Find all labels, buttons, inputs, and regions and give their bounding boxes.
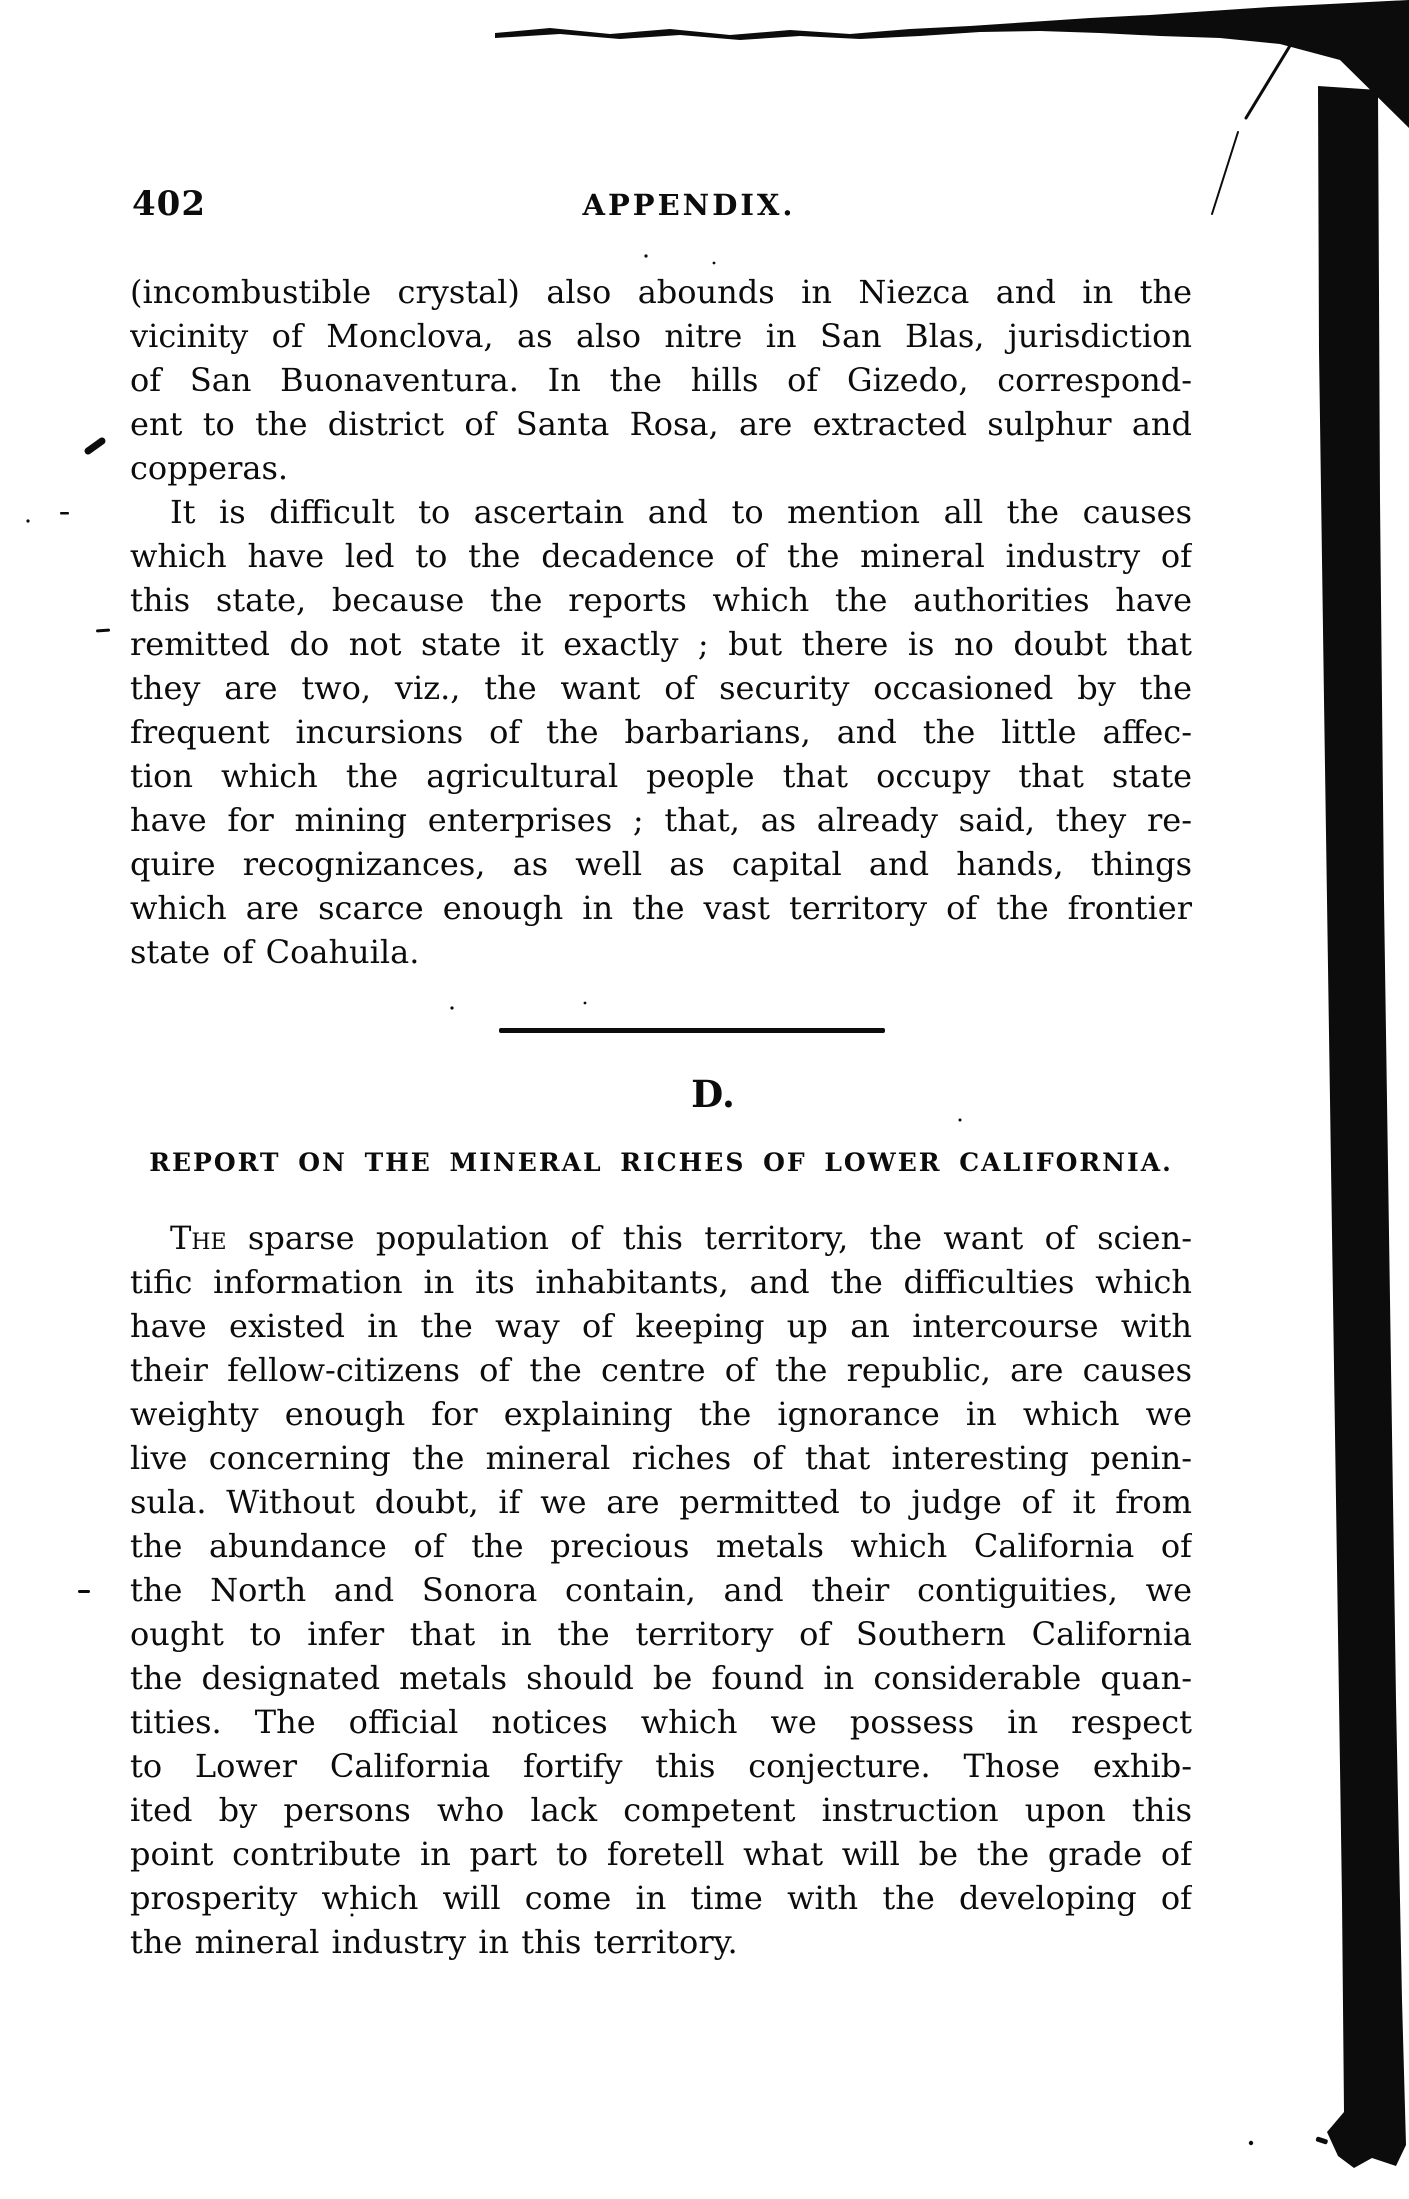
section-heading: REPORT ON THE MINERAL RICHES OF LOWER CA… bbox=[130, 1148, 1192, 1177]
text-line: prosperity which will come in time with … bbox=[130, 1876, 1192, 1920]
text-line: point contribute in part to foretell wha… bbox=[130, 1832, 1192, 1876]
top-edge-scan-artifact bbox=[495, 0, 1409, 128]
text-line: which have led to the decadence of the m… bbox=[130, 534, 1192, 578]
ink-speck bbox=[959, 1119, 962, 1122]
diagonal-scratch-artifact bbox=[1212, 132, 1238, 214]
main-text-block: (incombustible crystal) also abounds in … bbox=[130, 270, 1192, 974]
text-line: the designated metals should be found in… bbox=[130, 1656, 1192, 1700]
text-line: tific information in its inhabitants, an… bbox=[130, 1260, 1192, 1304]
text-line: tion which the agricultural people that … bbox=[130, 754, 1192, 798]
right-edge-scan-bar bbox=[1318, 86, 1406, 2168]
text-line: tities. The official notices which we po… bbox=[130, 1700, 1192, 1744]
text-line: have existed in the way of keeping up an… bbox=[130, 1304, 1192, 1348]
report-text-block: The sparse population of this territory,… bbox=[130, 1216, 1192, 1964]
text-line: of San Buonaventura. In the hills of Giz… bbox=[130, 358, 1192, 402]
lead-in-word: The bbox=[170, 1219, 227, 1257]
text-line: the abundance of the precious metals whi… bbox=[130, 1524, 1192, 1568]
scanned-book-page: 402 APPENDIX. (incombustible crystal) al… bbox=[0, 0, 1409, 2199]
section-divider-rule bbox=[499, 1028, 885, 1033]
text-line: ited by persons who lack competent instr… bbox=[130, 1788, 1192, 1832]
text-line: ought to infer that in the territory of … bbox=[130, 1612, 1192, 1656]
text-line: weighty enough for explaining the ignora… bbox=[130, 1392, 1192, 1436]
text-line: It is difficult to ascertain and to ment… bbox=[130, 490, 1192, 534]
ink-speck bbox=[1315, 2136, 1328, 2144]
text-line: live concerning the mineral riches of th… bbox=[130, 1436, 1192, 1480]
text-line: vicinity of Monclova, as also nitre in S… bbox=[130, 314, 1192, 358]
ink-speck bbox=[78, 1590, 90, 1593]
text-line: the mineral industry in this territory. bbox=[130, 1920, 1192, 1964]
ink-speck bbox=[60, 512, 69, 515]
first-line-rest: sparse population of this territory, the… bbox=[227, 1219, 1192, 1257]
ink-speck bbox=[96, 629, 110, 633]
text-line: frequent incursions of the barbarians, a… bbox=[130, 710, 1192, 754]
running-head: APPENDIX. bbox=[130, 188, 1192, 222]
paragraph-continuation: (incombustible crystal) also abounds in … bbox=[130, 270, 1192, 490]
diagonal-scratch-artifact bbox=[1246, 26, 1302, 118]
text-line: this state, because the reports which th… bbox=[130, 578, 1192, 622]
text-line: state of Coahuila. bbox=[130, 930, 1192, 974]
text-line: quire recognizances, as well as capital … bbox=[130, 842, 1192, 886]
text-line: copperas. bbox=[130, 446, 1192, 490]
ink-speck bbox=[26, 519, 29, 522]
ink-speck bbox=[450, 1006, 453, 1009]
text-line: The sparse population of this territory,… bbox=[130, 1216, 1192, 1260]
text-line: have for mining enterprises ; that, as a… bbox=[130, 798, 1192, 842]
page-header: 402 APPENDIX. bbox=[130, 184, 1192, 232]
text-line: remitted do not state it exactly ; but t… bbox=[130, 622, 1192, 666]
section-letter: D. bbox=[130, 1072, 1244, 1116]
text-line: which are scarce enough in the vast terr… bbox=[130, 886, 1192, 930]
text-line: ent to the district of Santa Rosa, are e… bbox=[130, 402, 1192, 446]
text-line: the North and Sonora contain, and their … bbox=[130, 1568, 1192, 1612]
text-line: they are two, viz., the want of security… bbox=[130, 666, 1192, 710]
text-line: sula. Without doubt, if we are permitted… bbox=[130, 1480, 1192, 1524]
paragraph-report: tific information in its inhabitants, an… bbox=[130, 1260, 1192, 1964]
ink-speck bbox=[644, 254, 647, 257]
text-line: (incombustible crystal) also abounds in … bbox=[130, 270, 1192, 314]
ink-speck bbox=[584, 1002, 587, 1005]
ink-speck bbox=[1249, 2141, 1253, 2145]
paragraph-causes: It is difficult to ascertain and to ment… bbox=[130, 490, 1192, 974]
margin-pen-mark bbox=[88, 441, 102, 451]
text-line: their fellow-citizens of the centre of t… bbox=[130, 1348, 1192, 1392]
text-line: to Lower California fortify this conject… bbox=[130, 1744, 1192, 1788]
ink-speck bbox=[713, 262, 716, 265]
